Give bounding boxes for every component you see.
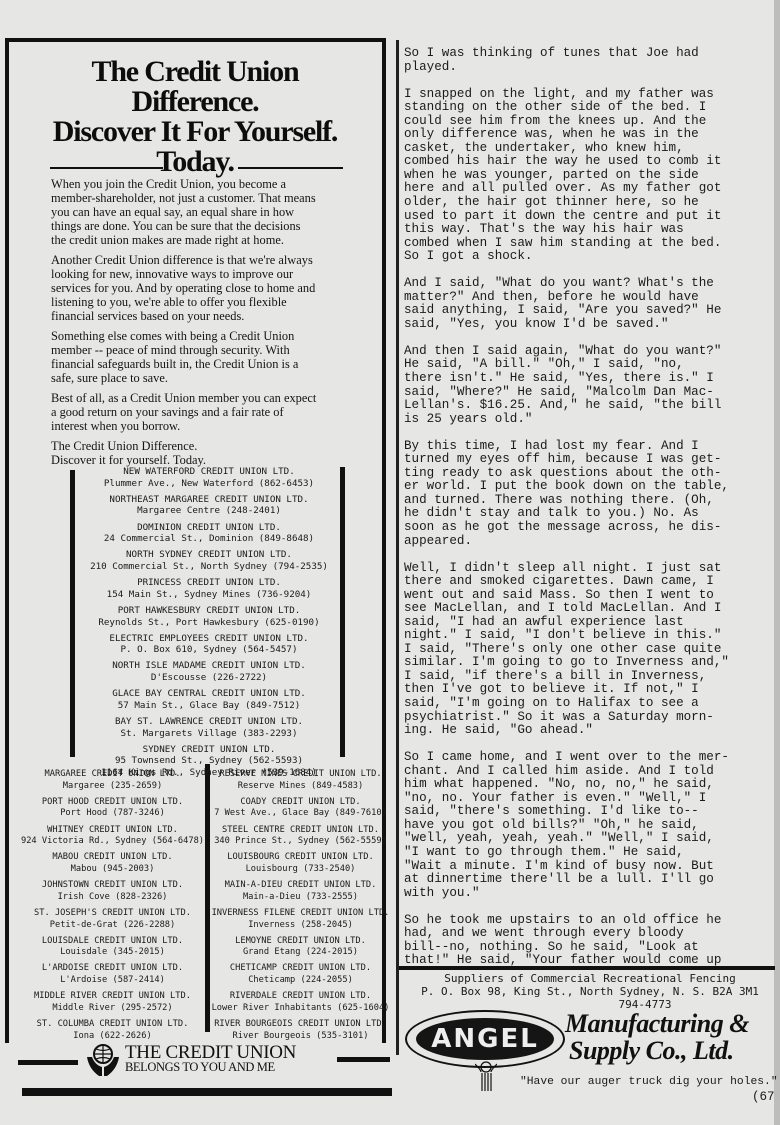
branch-name: GLACE BAY CENTRAL CREDIT UNION LTD. bbox=[78, 688, 340, 700]
branch-address: Petit-de-Grat (226-2288) bbox=[20, 920, 205, 932]
branch-address: 24 Commercial St., Dominion (849-8648) bbox=[78, 533, 340, 545]
branch-name: PORT HAWKESBURY CREDIT UNION LTD. bbox=[78, 605, 340, 617]
branch-entry: MIDDLE RIVER CREDIT UNION LTD.Middle Riv… bbox=[20, 991, 205, 1014]
angel-company-name: Manufacturing & Supply Co., Ltd. bbox=[565, 1010, 749, 1064]
branch-address: Margaree Centre (248-2401) bbox=[78, 505, 340, 517]
branch-name: COADY CREDIT UNION LTD. bbox=[209, 797, 392, 809]
branch-name: LEMOYNE CREDIT UNION LTD. bbox=[209, 936, 392, 948]
branch-address: Reserve Mines (849-4583) bbox=[209, 781, 392, 793]
page-number: (67 bbox=[752, 1090, 775, 1104]
branch-entry: ST. JOSEPH'S CREDIT UNION LTD.Petit-de-G… bbox=[20, 908, 205, 931]
branch-name: RESERVE MINES CREDIT UNION LTD. bbox=[209, 769, 392, 781]
branch-name: MAIN-A-DIEU CREDIT UNION LTD. bbox=[209, 880, 392, 892]
angel-logo-text: ANGEL bbox=[416, 1018, 554, 1060]
angel-address: P. O. Box 98, King St., North Sydney, N.… bbox=[405, 985, 775, 998]
branch-entry: NEW WATERFORD CREDIT UNION LTD.Plummer A… bbox=[78, 466, 340, 489]
branch-address: Cheticamp (224-2055) bbox=[209, 975, 392, 987]
list-divider-bar bbox=[340, 467, 345, 757]
story-paragraph: And I said, "What do you want? What's th… bbox=[404, 277, 778, 331]
branch-address: Port Hood (787-3246) bbox=[20, 808, 205, 820]
branch-entry: RESERVE MINES CREDIT UNION LTD.Reserve M… bbox=[209, 769, 392, 792]
branch-name: NORTHEAST MARGAREE CREDIT UNION LTD. bbox=[78, 494, 340, 506]
branch-address: Middle River (295-2572) bbox=[20, 1003, 205, 1015]
branch-address: 210 Commercial St., North Sydney (794-25… bbox=[78, 561, 340, 573]
branch-address: 340 Prince St., Sydney (562-5559) bbox=[209, 836, 392, 848]
branch-address: Lower River Inhabitants (625-1604) bbox=[209, 1003, 392, 1015]
frame-bottom-line bbox=[18, 1060, 78, 1065]
branch-name: NORTH SYDNEY CREDIT UNION LTD. bbox=[78, 549, 340, 561]
branch-entry: PRINCESS CREDIT UNION LTD.154 Main St., … bbox=[78, 577, 340, 600]
story-paragraph: So I was thinking of tunes that Joe had … bbox=[404, 47, 778, 74]
story-paragraph: So I came home, and I went over to the m… bbox=[404, 751, 778, 900]
branch-name: RIVER BOURGEOIS CREDIT UNION LTD. bbox=[209, 1019, 392, 1031]
ad-paragraph: Something else comes with being a Credit… bbox=[51, 329, 371, 385]
branch-address: St. Margarets Village (383-2293) bbox=[78, 728, 340, 740]
branch-address: Grand Etang (224-2015) bbox=[209, 947, 392, 959]
angel-figure-icon bbox=[475, 1060, 497, 1092]
story-paragraph: I snapped on the light, and my father wa… bbox=[404, 88, 778, 264]
branch-entry: NORTH ISLE MADAME CREDIT UNION LTD.D'Esc… bbox=[78, 660, 340, 683]
footer-subtitle: BELONGS TO YOU AND ME bbox=[125, 1061, 275, 1074]
branch-entry: DOMINION CREDIT UNION LTD.24 Commercial … bbox=[78, 522, 340, 545]
branch-address: 154 Main St., Sydney Mines (736-9204) bbox=[78, 589, 340, 601]
branch-address: River Bourgeois (535-3101) bbox=[209, 1031, 392, 1043]
headline-rule bbox=[238, 167, 343, 169]
angel-slogan: "Have our auger truck dig your holes." bbox=[520, 1076, 778, 1088]
branch-address: 95 Townsend St., Sydney (562-5593) bbox=[78, 755, 340, 767]
branch-entry: CHETICAMP CREDIT UNION LTD.Cheticamp (22… bbox=[209, 963, 392, 986]
branch-name: CHETICAMP CREDIT UNION LTD. bbox=[209, 963, 392, 975]
list-divider-bar bbox=[70, 470, 75, 757]
branch-name: INVERNESS FILENE CREDIT UNION LTD. bbox=[209, 908, 392, 920]
branch-entry: INVERNESS FILENE CREDIT UNION LTD.Invern… bbox=[209, 908, 392, 931]
branch-address: Iona (622-2626) bbox=[20, 1031, 205, 1043]
branch-entry: NORTHEAST MARGAREE CREDIT UNION LTD.Marg… bbox=[78, 494, 340, 517]
branch-name: ST. COLUMBA CREDIT UNION LTD. bbox=[20, 1019, 205, 1031]
ad-paragraph: Another Credit Union difference is that … bbox=[51, 253, 371, 323]
branch-entry: GLACE BAY CENTRAL CREDIT UNION LTD.57 Ma… bbox=[78, 688, 340, 711]
hands-holding-globe-icon bbox=[85, 1043, 121, 1077]
branch-address: Margaree (235-2659) bbox=[20, 781, 205, 793]
company-line: Supply Co., Ltd. bbox=[565, 1037, 749, 1064]
branch-name: ELECTRIC EMPLOYEES CREDIT UNION LTD. bbox=[78, 633, 340, 645]
angel-ad-rule bbox=[399, 966, 775, 970]
branch-address: L'Ardoise (587-2414) bbox=[20, 975, 205, 987]
branch-address: 57 Main St., Glace Bay (849-7512) bbox=[78, 700, 340, 712]
branch-address: 7 West Ave., Glace Bay (849-7610) bbox=[209, 808, 392, 820]
branch-entry: NORTH SYDNEY CREDIT UNION LTD.210 Commer… bbox=[78, 549, 340, 572]
branch-name: DOMINION CREDIT UNION LTD. bbox=[78, 522, 340, 534]
branch-name: PRINCESS CREDIT UNION LTD. bbox=[78, 577, 340, 589]
branch-entry: RIVER BOURGEOIS CREDIT UNION LTD.River B… bbox=[209, 1019, 392, 1042]
branch-entry: MABOU CREDIT UNION LTD.Mabou (945-2003) bbox=[20, 852, 205, 875]
branch-entry: L'ARDOISE CREDIT UNION LTD.L'Ardoise (58… bbox=[20, 963, 205, 986]
credit-union-headline: The Credit Union Difference. Discover It… bbox=[20, 57, 370, 177]
credit-union-footer-logo: THE CREDIT UNION BELONGS TO YOU AND ME bbox=[85, 1043, 355, 1077]
headline-line: Today. bbox=[20, 147, 370, 177]
ad-paragraph: When you join the Credit Union, you beco… bbox=[51, 177, 371, 247]
company-line: Manufacturing & bbox=[565, 1010, 749, 1037]
headline-line: Discover It For Yourself. bbox=[20, 117, 370, 147]
branch-entry: LOUISDALE CREDIT UNION LTD.Louisdale (34… bbox=[20, 936, 205, 959]
headline-line: The Credit Union bbox=[20, 57, 370, 87]
credit-union-body-copy: When you join the Credit Union, you beco… bbox=[51, 177, 371, 473]
branch-name: L'ARDOISE CREDIT UNION LTD. bbox=[20, 963, 205, 975]
story-paragraph: And then I said again, "What do you want… bbox=[404, 345, 778, 426]
branch-address: Mabou (945-2003) bbox=[20, 864, 205, 876]
branch-name: BAY ST. LAWRENCE CREDIT UNION LTD. bbox=[78, 716, 340, 728]
branch-address: Irish Cove (828-2326) bbox=[20, 892, 205, 904]
branch-address: Main-a-Dieu (733-2555) bbox=[209, 892, 392, 904]
branch-entry: WHITNEY CREDIT UNION LTD.924 Victoria Rd… bbox=[20, 825, 205, 848]
branch-name: NEW WATERFORD CREDIT UNION LTD. bbox=[78, 466, 340, 478]
branch-entry: PORT HOOD CREDIT UNION LTD.Port Hood (78… bbox=[20, 797, 205, 820]
branch-entry: MAIN-A-DIEU CREDIT UNION LTD.Main-a-Dieu… bbox=[209, 880, 392, 903]
branch-list-right: RESERVE MINES CREDIT UNION LTD.Reserve M… bbox=[209, 769, 392, 1047]
branch-address: P. O. Box 610, Sydney (564-5457) bbox=[78, 644, 340, 656]
branch-address: D'Escousse (226-2722) bbox=[78, 672, 340, 684]
branch-entry: JOHNSTOWN CREDIT UNION LTD.Irish Cove (8… bbox=[20, 880, 205, 903]
footer-bar bbox=[22, 1088, 392, 1096]
branch-name: ST. JOSEPH'S CREDIT UNION LTD. bbox=[20, 908, 205, 920]
branch-address: 924 Victoria Rd., Sydney (564-6478) bbox=[20, 836, 205, 848]
branch-address: Louisdale (345-2015) bbox=[20, 947, 205, 959]
branch-entry: ST. COLUMBA CREDIT UNION LTD.Iona (622-2… bbox=[20, 1019, 205, 1042]
branch-name: PORT HOOD CREDIT UNION LTD. bbox=[20, 797, 205, 809]
branch-name: MARGAREE CREDIT UNION LTD. bbox=[20, 769, 205, 781]
ad-paragraph: Best of all, as a Credit Union member yo… bbox=[51, 391, 371, 433]
ad-paragraph: The Credit Union Difference.Discover it … bbox=[51, 439, 371, 467]
branch-name: JOHNSTOWN CREDIT UNION LTD. bbox=[20, 880, 205, 892]
branch-entry: PORT HAWKESBURY CREDIT UNION LTD.Reynold… bbox=[78, 605, 340, 628]
angel-ad-contact: Suppliers of Commercial Recreational Fen… bbox=[405, 972, 775, 1012]
branch-entry: LEMOYNE CREDIT UNION LTD.Grand Etang (22… bbox=[209, 936, 392, 959]
story-paragraph: Well, I didn't sleep all night. I just s… bbox=[404, 562, 778, 738]
branch-name: STEEL CENTRE CREDIT UNION LTD. bbox=[209, 825, 392, 837]
branch-entry: RIVERDALE CREDIT UNION LTD.Lower River I… bbox=[209, 991, 392, 1014]
branch-address: Reynolds St., Port Hawkesbury (625-0190) bbox=[78, 617, 340, 629]
branch-name: LOUISDALE CREDIT UNION LTD. bbox=[20, 936, 205, 948]
column-divider bbox=[396, 40, 399, 1055]
branch-address: Inverness (258-2045) bbox=[209, 920, 392, 932]
branch-entry: MARGAREE CREDIT UNION LTD.Margaree (235-… bbox=[20, 769, 205, 792]
branch-name: LOUISBOURG CREDIT UNION LTD. bbox=[209, 852, 392, 864]
branch-entry: LOUISBOURG CREDIT UNION LTD.Louisbourg (… bbox=[209, 852, 392, 875]
branch-name: SYDNEY CREDIT UNION LTD. bbox=[78, 744, 340, 756]
headline-line: Difference. bbox=[20, 87, 370, 117]
branch-list-main: NEW WATERFORD CREDIT UNION LTD.Plummer A… bbox=[78, 466, 340, 783]
story-paragraph: By this time, I had lost my fear. And I … bbox=[404, 440, 778, 548]
branch-list-left: MARGAREE CREDIT UNION LTD.Margaree (235-… bbox=[20, 769, 205, 1047]
branch-address: Louisbourg (733-2540) bbox=[209, 864, 392, 876]
branch-entry: ELECTRIC EMPLOYEES CREDIT UNION LTD.P. O… bbox=[78, 633, 340, 656]
branch-entry: STEEL CENTRE CREDIT UNION LTD.340 Prince… bbox=[209, 825, 392, 848]
branch-entry: BAY ST. LAWRENCE CREDIT UNION LTD.St. Ma… bbox=[78, 716, 340, 739]
branch-name: RIVERDALE CREDIT UNION LTD. bbox=[209, 991, 392, 1003]
branch-entry: COADY CREDIT UNION LTD.7 West Ave., Glac… bbox=[209, 797, 392, 820]
story-text: So I was thinking of tunes that Joe had … bbox=[404, 47, 778, 981]
angel-tagline: Suppliers of Commercial Recreational Fen… bbox=[405, 972, 775, 985]
branch-address: Plummer Ave., New Waterford (862-6453) bbox=[78, 478, 340, 490]
story-paragraph: So he took me upstairs to an old office … bbox=[404, 914, 778, 968]
branch-name: MABOU CREDIT UNION LTD. bbox=[20, 852, 205, 864]
branch-name: WHITNEY CREDIT UNION LTD. bbox=[20, 825, 205, 837]
headline-rule bbox=[50, 167, 163, 169]
branch-name: NORTH ISLE MADAME CREDIT UNION LTD. bbox=[78, 660, 340, 672]
branch-name: MIDDLE RIVER CREDIT UNION LTD. bbox=[20, 991, 205, 1003]
